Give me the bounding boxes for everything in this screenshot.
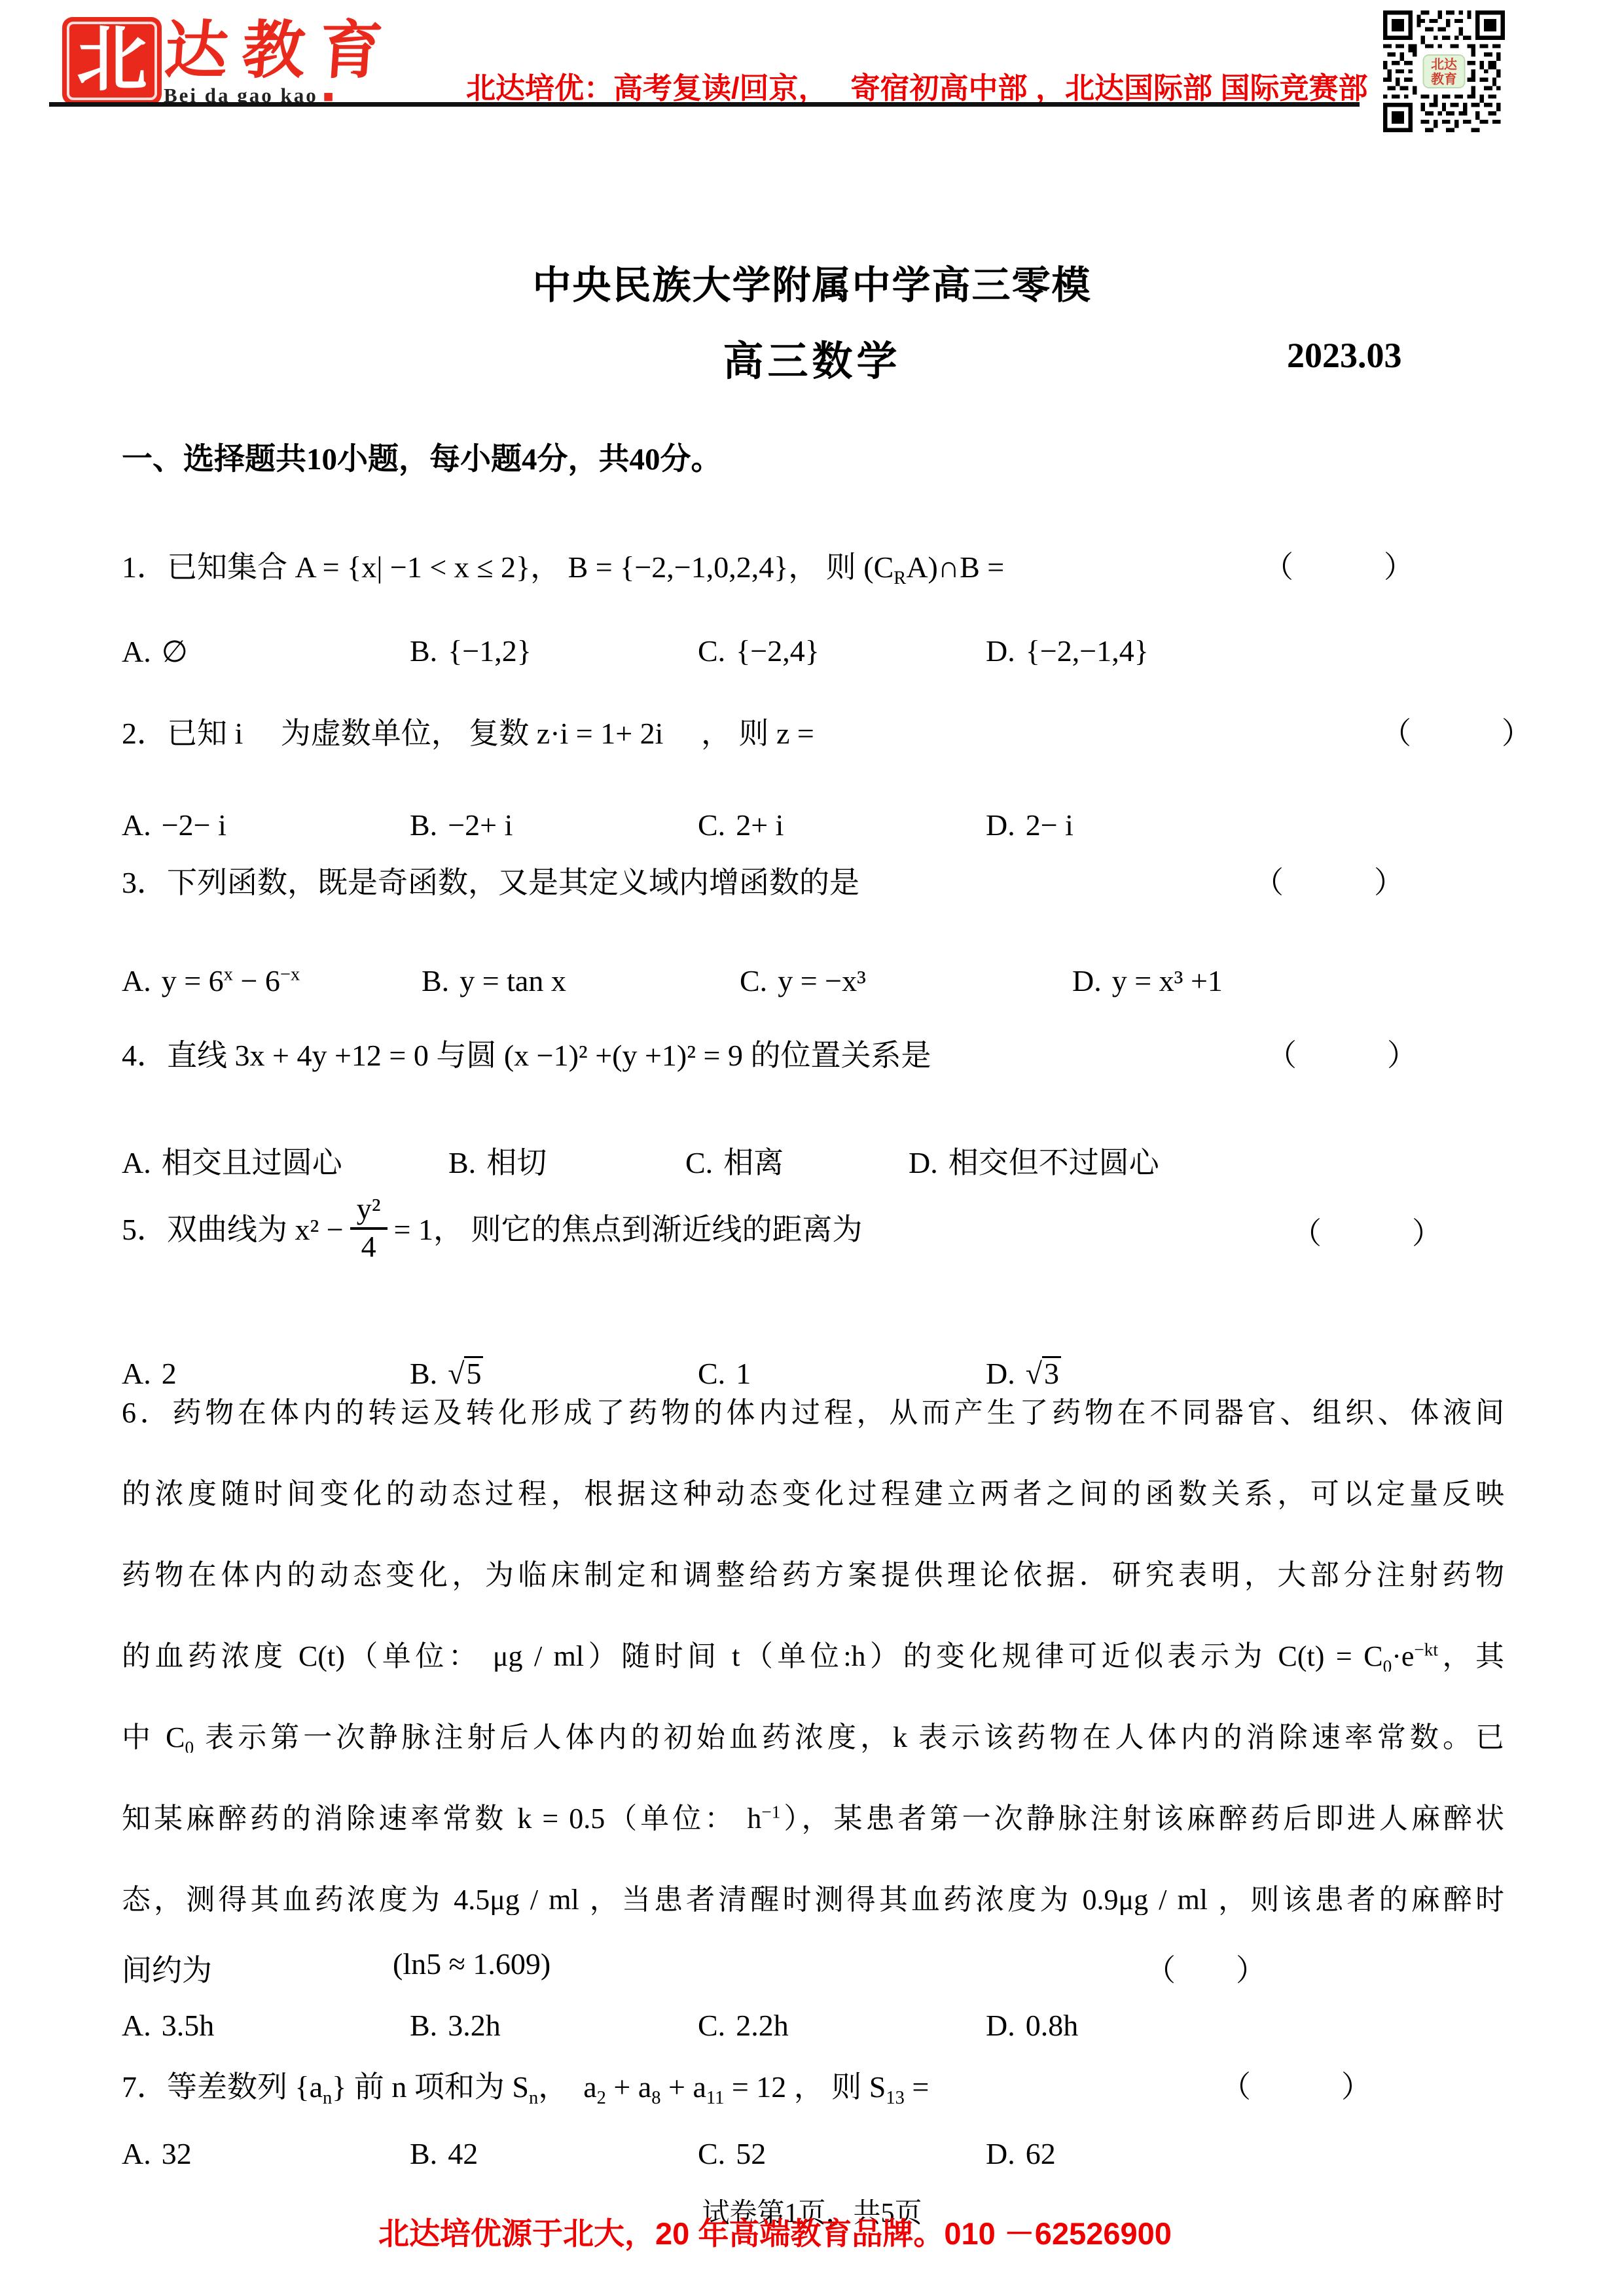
option-value: 52 <box>736 2137 766 2170</box>
option-5c: C.1 <box>698 1356 751 1391</box>
option-value: 0.8h <box>1026 2009 1079 2042</box>
option-6c: C.2.2h <box>698 2008 789 2043</box>
question-3-options: A.y = 6x − 6−x B.y = tan x C.y = −x³ D.y… <box>122 963 1536 1005</box>
option-value: {−1,2} <box>448 634 532 668</box>
question-5-answer-paren: （ ） <box>1291 1210 1442 1253</box>
option-value: 3.2h <box>448 2009 501 2042</box>
option-label: C. <box>698 2009 725 2042</box>
question-6-line-6: 知某麻醉药的消除速率常数 k = 0.5（单位： h−1），某患者第一次静脉注射… <box>122 1795 1504 1834</box>
option-label: B. <box>410 634 437 668</box>
option-3d: D.y = x³ +1 <box>1072 963 1223 998</box>
option-label: A. <box>122 964 151 997</box>
question-2-options: A.−2− i B.−2+ i C.2+ i D.2− i <box>122 808 1536 850</box>
option-label: D. <box>986 1357 1015 1390</box>
option-label: B. <box>410 808 437 842</box>
option-label: C. <box>698 1357 725 1390</box>
option-6a: A.3.5h <box>122 2008 214 2043</box>
option-2a: A.−2− i <box>122 808 226 842</box>
option-label: D. <box>986 2137 1015 2170</box>
option-1a: A.∅ <box>122 634 188 669</box>
option-value: √3 <box>1026 1357 1061 1390</box>
option-value: y = x³ +1 <box>1112 964 1223 997</box>
option-value: √5 <box>448 1357 483 1390</box>
option-label: A. <box>122 1357 151 1390</box>
option-value: 2 <box>162 1357 177 1390</box>
option-value: 3.5h <box>162 2009 215 2042</box>
question-5-text-pre: 5．双曲线为 x² − <box>122 1206 344 1249</box>
option-label: D. <box>986 634 1015 668</box>
exam-date: 2023.03 <box>1287 335 1402 376</box>
option-label: B. <box>410 2009 437 2042</box>
option-value: 2.2h <box>736 2009 789 2042</box>
question-6-line-3: 药物在体内的动态变化，为临床制定和调整给药方案提供理论依据．研究表明，大部分注射… <box>122 1551 1504 1590</box>
question-6-line-4: 的血药浓度 C(t)（单位： μg / ml）随时间 t（单位:h）的变化规律可… <box>122 1632 1504 1672</box>
option-3c: C.y = −x³ <box>740 963 866 998</box>
logo-seal-char: 北 <box>77 26 147 96</box>
fraction-denominator: 4 <box>361 1230 376 1263</box>
option-2d: D.2− i <box>986 808 1074 842</box>
question-7-answer-paren: （ ） <box>1221 2063 1371 2106</box>
option-3b: B.y = tan x <box>422 963 566 998</box>
option-value: y = tan x <box>460 964 566 997</box>
question-2-stem: 2．已知 i 为虚数单位， 复数 z·i = 1+ 2i ， 则 z = （ ） <box>122 709 1504 753</box>
option-label: B. <box>422 964 449 997</box>
option-value: −2+ i <box>448 808 513 842</box>
option-label: C. <box>740 964 767 997</box>
section-heading: 一、选择题共10小题，每小题4分，共40分。 <box>122 435 722 478</box>
option-1c: C.{−2,4} <box>698 634 820 668</box>
question-1-options: A.∅ B.{−1,2} C.{−2,4} D.{−2,−1,4} <box>122 634 1536 675</box>
option-label: B. <box>410 1357 437 1390</box>
question-1-answer-paren: （ ） <box>1263 543 1414 586</box>
fraction: y² 4 <box>350 1192 388 1263</box>
question-4-answer-paren: （ ） <box>1267 1031 1417 1075</box>
question-3-answer-paren: （ ） <box>1254 859 1404 902</box>
question-4-stem: 4．直线 3x + 4y +12 = 0 与圆 (x −1)² +(y +1)²… <box>122 1031 1504 1075</box>
question-1-text: 1．已知集合 A = {x| −1 < x ≤ 2}， B = {−2,−1,0… <box>122 550 1004 584</box>
option-7b: B.42 <box>410 2136 478 2171</box>
question-1-stem: 1．已知集合 A = {x| −1 < x ≤ 2}， B = {−2,−1,0… <box>122 543 1504 589</box>
option-label: A. <box>122 2137 151 2170</box>
option-value: 42 <box>448 2137 478 2170</box>
question-3-text: 3．下列函数，既是奇函数，又是其定义域内增函数的是 <box>122 866 859 899</box>
option-value: {−2,4} <box>736 634 820 668</box>
option-7d: D.62 <box>986 2136 1056 2171</box>
option-3a: A.y = 6x − 6−x <box>122 963 300 998</box>
option-5d: D.√3 <box>986 1356 1061 1391</box>
option-value: ∅ <box>162 635 188 668</box>
question-6-last-line: 间约为 (ln5 ≈ 1.609) （ ） <box>122 1946 1504 1990</box>
logo-seal-icon: 北 <box>62 17 162 105</box>
option-value: −2− i <box>162 808 226 842</box>
question-6-options: A.3.5h B.3.2h C.2.2h D.0.8h <box>122 2008 1536 2050</box>
option-value: 32 <box>162 2137 192 2170</box>
footer-promo: 北达培优源于北大，20 年高端教育品牌。010 －62526900 <box>378 2210 1172 2253</box>
exam-paper-page: 北 达教育 Bei da gao kao■ 北达培优：高考复读/回京， 寄宿初高… <box>0 0 1624 2296</box>
option-label: C. <box>698 634 725 668</box>
header-slogan: 北达培优：高考复读/回京， 寄宿初高中部 ，北达国际部 国际竞赛部 <box>466 64 1369 107</box>
question-6-lead: 间约为 <box>122 1954 212 1987</box>
option-6b: B.3.2h <box>410 2008 501 2043</box>
question-6-line-7: 态，测得其血药浓度为 4.5μg / ml ，当患者清醒时测得其血药浓度为 0.… <box>122 1876 1504 1915</box>
option-label: A. <box>122 635 151 668</box>
logo-brand-text: 达教育 <box>163 20 390 82</box>
header-divider <box>49 102 1360 107</box>
question-2-text: 2．已知 i 为虚数单位， 复数 z·i = 1+ 2i ， 则 z = <box>122 717 814 750</box>
option-value: 2− i <box>1026 808 1074 842</box>
option-value: 1 <box>736 1357 751 1390</box>
qr-center-text-line1: 北达 <box>1431 57 1457 72</box>
question-6-line-2: 的浓度随时间变化的动态过程，根据这种动态变化过程建立两者之间的函数关系，可以定量… <box>122 1470 1504 1509</box>
question-4-text: 4．直线 3x + 4y +12 = 0 与圆 (x −1)² +(y +1)²… <box>122 1039 931 1072</box>
question-5-stem: 5．双曲线为 x² − y² 4 = 1， 则它的焦点到渐近线的距离为 （ ） <box>122 1172 1504 1283</box>
option-1d: D.{−2,−1,4} <box>986 634 1149 668</box>
option-7c: C.52 <box>698 2136 766 2171</box>
option-value: 62 <box>1026 2137 1056 2170</box>
question-3-stem: 3．下列函数，既是奇函数，又是其定义域内增函数的是 （ ） <box>122 859 1504 902</box>
option-5b: B.√5 <box>410 1356 483 1391</box>
option-6d: D.0.8h <box>986 2008 1078 2043</box>
option-2b: B.−2+ i <box>410 808 513 842</box>
option-label: D. <box>986 808 1015 842</box>
option-label: D. <box>986 2009 1015 2042</box>
qr-center-text-line2: 教育 <box>1430 72 1457 87</box>
fraction-numerator: y² <box>350 1192 388 1230</box>
option-1b: B.{−1,2} <box>410 634 532 668</box>
question-6-line-5: 中 C0 表示第一次静脉注射后人体内的初始血药浓度，k 表示该药物在人体内的消除… <box>122 1713 1504 1753</box>
option-value: {−2,−1,4} <box>1026 634 1149 668</box>
exam-title: 中央民族大学附属中学高三零模 <box>0 254 1624 310</box>
qr-code: 北达 教育 <box>1382 10 1506 132</box>
option-label: A. <box>122 808 151 842</box>
question-5-text-post: = 1， 则它的焦点到渐近线的距离为 <box>394 1206 863 1249</box>
question-7-options: A.32 B.42 C.52 D.62 <box>122 2136 1536 2178</box>
option-value: y = −x³ <box>778 964 866 997</box>
option-7a: A.32 <box>122 2136 192 2171</box>
option-label: D. <box>1072 964 1102 997</box>
option-label: C. <box>698 808 725 842</box>
option-label: A. <box>122 2009 151 2042</box>
option-value: y = 6x − 6−x <box>162 964 300 997</box>
option-label: C. <box>698 2137 725 2170</box>
question-6-answer-paren: （ ） <box>1146 1946 1266 1990</box>
question-7-stem: 7．等差数列 {an} 前 n 项和为 Sn， a2 + a8 + a11 = … <box>122 2063 1504 2109</box>
question-7-text: 7．等差数列 {an} 前 n 项和为 Sn， a2 + a8 + a11 = … <box>122 2070 929 2104</box>
question-6-note: (ln5 ≈ 1.609) <box>393 1946 550 1981</box>
option-5a: A.2 <box>122 1356 177 1391</box>
option-2c: C.2+ i <box>698 808 784 842</box>
option-label: B. <box>410 2137 437 2170</box>
question-6-line-1: 6．药物在体内的转运及转化形成了药物的体内过程，从而产生了药物在不同器官、组织、… <box>122 1389 1504 1428</box>
question-2-answer-paren: （ ） <box>1381 709 1532 753</box>
option-value: 2+ i <box>736 808 784 842</box>
